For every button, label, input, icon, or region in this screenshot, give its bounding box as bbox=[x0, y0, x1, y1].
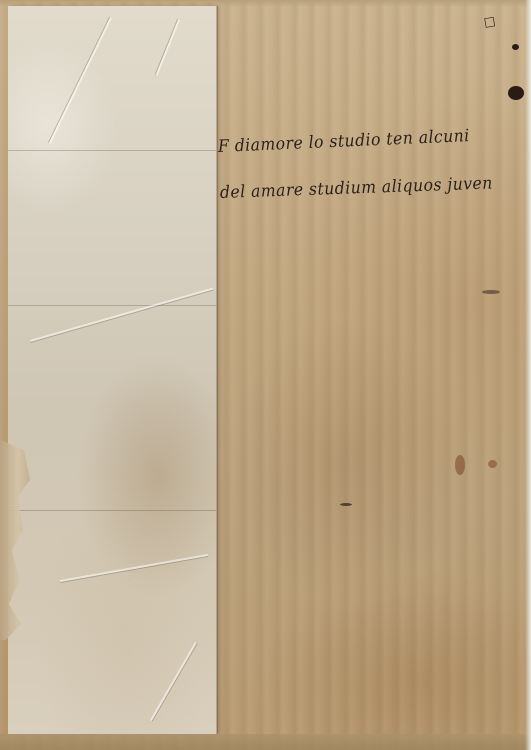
bottom-edge bbox=[0, 734, 531, 750]
paper-fold-line bbox=[8, 510, 216, 511]
rust-stain bbox=[455, 455, 465, 475]
right-edge bbox=[525, 0, 531, 750]
paper-fold-line bbox=[8, 150, 216, 151]
handwriting-line-2: del amare studium aliquos juven bbox=[220, 173, 493, 203]
rust-stain bbox=[488, 460, 497, 468]
handwriting-line-1: F diamore lo studio ten alcuni bbox=[218, 126, 471, 157]
ink-mark bbox=[482, 290, 500, 294]
pasted-paper-strip bbox=[8, 6, 217, 734]
corner-mark: ☐ bbox=[483, 15, 497, 32]
paper-fold-line bbox=[8, 305, 216, 306]
ink-blot bbox=[508, 86, 524, 100]
manuscript-cover-photo: F diamore lo studio ten alcuni del amare… bbox=[0, 0, 531, 750]
ink-blot bbox=[512, 44, 519, 50]
ink-mark bbox=[340, 503, 352, 506]
